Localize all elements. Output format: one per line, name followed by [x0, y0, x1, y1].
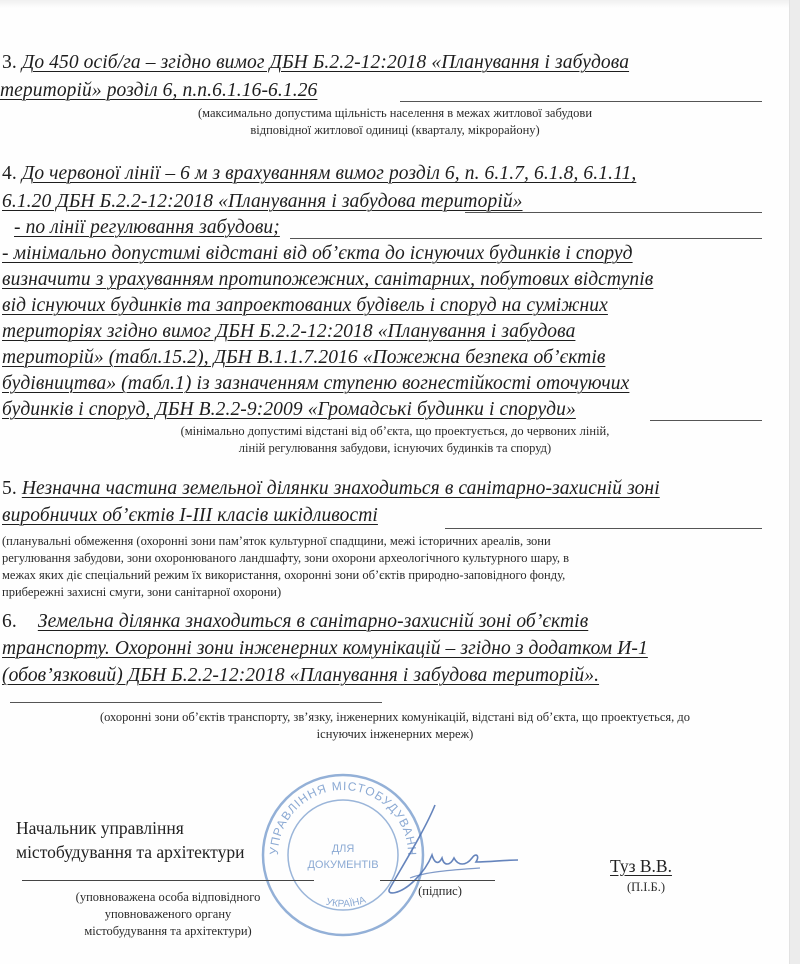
item5-note-1: (планувальні обмеження (охоронні зони па…: [2, 534, 551, 549]
item4-line7: територіях згідно вимог ДБН Б.2.2-12:201…: [2, 321, 575, 343]
signature-rule: [380, 880, 495, 881]
svg-text:ДОКУМЕНТІВ: ДОКУМЕНТІВ: [307, 859, 378, 871]
top-shade: [0, 0, 790, 8]
document-page: 3. До 450 осіб/га – згідно вимог ДБН Б.2…: [0, 0, 790, 964]
signature-label: (підпис): [395, 884, 485, 899]
item4-fill-rule-1: [465, 212, 762, 213]
item3-note-1: (максимально допустима щільність населен…: [0, 106, 790, 121]
item4-note-2: ліній регулювання забудови, існуючих буд…: [0, 441, 790, 456]
item6-blank-rule: [10, 702, 382, 703]
item6-line3: (обов’язковий) ДБН Б.2.2-12:2018 «Планув…: [2, 665, 599, 687]
position-title-line1: Начальник управління: [16, 818, 184, 839]
item5-line2: виробничих об’єктів І-ІІІ класів шкідлив…: [2, 505, 378, 527]
position-note-3: містобудування та архітектури): [22, 924, 314, 939]
name-label: (П.І.Б.): [610, 880, 682, 895]
item4-line1: 4. До червоної лінії – 6 м з врахуванням…: [2, 163, 636, 185]
position-note-2: уповноваженого органу: [22, 907, 314, 922]
position-note-1: (уповноважена особа відповідного: [22, 890, 314, 905]
item5-note-3: межах яких діє спеціальний режим їх вико…: [2, 568, 565, 583]
item5-line1: 5. Незначна частина земельної ділянки зн…: [2, 478, 660, 500]
item6-note-1: (охоронні зони об’єктів транспорту, зв’я…: [0, 710, 790, 725]
item5-note-4: прибережні захисні смуги, зони санітарно…: [2, 585, 281, 600]
position-rule: [22, 880, 314, 881]
item3-fill-rule: [400, 101, 762, 102]
item4-line8: територій» (табл.15.2), ДБН В.1.1.7.2016…: [2, 347, 605, 369]
item4-line3: - по лінії регулювання забудови;: [14, 217, 280, 239]
item6-note-2: існуючих інженерних мереж): [0, 727, 790, 742]
item4-note-1: (мінімально допустимі відстані від об’єк…: [0, 424, 790, 439]
item4-line2: 6.1.20 ДБН Б.2.2-12:2018 «Планування і з…: [2, 191, 523, 213]
position-title-line2: містобудування та архітектури: [16, 842, 244, 863]
item4-fill-rule-2: [290, 238, 762, 239]
item4-line9: будівництва» (табл.1) із зазначенням сту…: [2, 373, 629, 395]
item6-line1: 6. Земельна ділянка знаходиться в саніта…: [2, 611, 588, 633]
item5-note-2: регулювання забудови, зони охоронюваного…: [2, 551, 569, 566]
item3-line2: територій» розділ 6, п.п.6.1.16-6.1.26: [0, 80, 317, 102]
item6-line2: транспорту. Охоронні зони інженерних ком…: [2, 638, 648, 660]
item4-line4: - мінімально допустимі відстані від об’є…: [2, 243, 633, 265]
item4-line10: будинків і споруд, ДБН В.2.2-9:2009 «Гро…: [2, 399, 576, 421]
item4-line6: від існуючих будинків та запроектованих …: [2, 295, 608, 317]
item4-line5: визначити з урахуванням протипожежних, с…: [2, 269, 653, 291]
item3-note-2: відповідної житлової одиниці (кварталу, …: [0, 123, 790, 138]
item3-line1: 3. До 450 осіб/га – згідно вимог ДБН Б.2…: [2, 52, 762, 74]
page-edge-strip: [789, 0, 800, 964]
svg-text:ДЛЯ: ДЛЯ: [332, 843, 355, 855]
item4-fill-rule-3: [650, 420, 762, 421]
item5-fill-rule: [445, 528, 762, 529]
signatory-name: Туз В.В.: [610, 856, 672, 877]
